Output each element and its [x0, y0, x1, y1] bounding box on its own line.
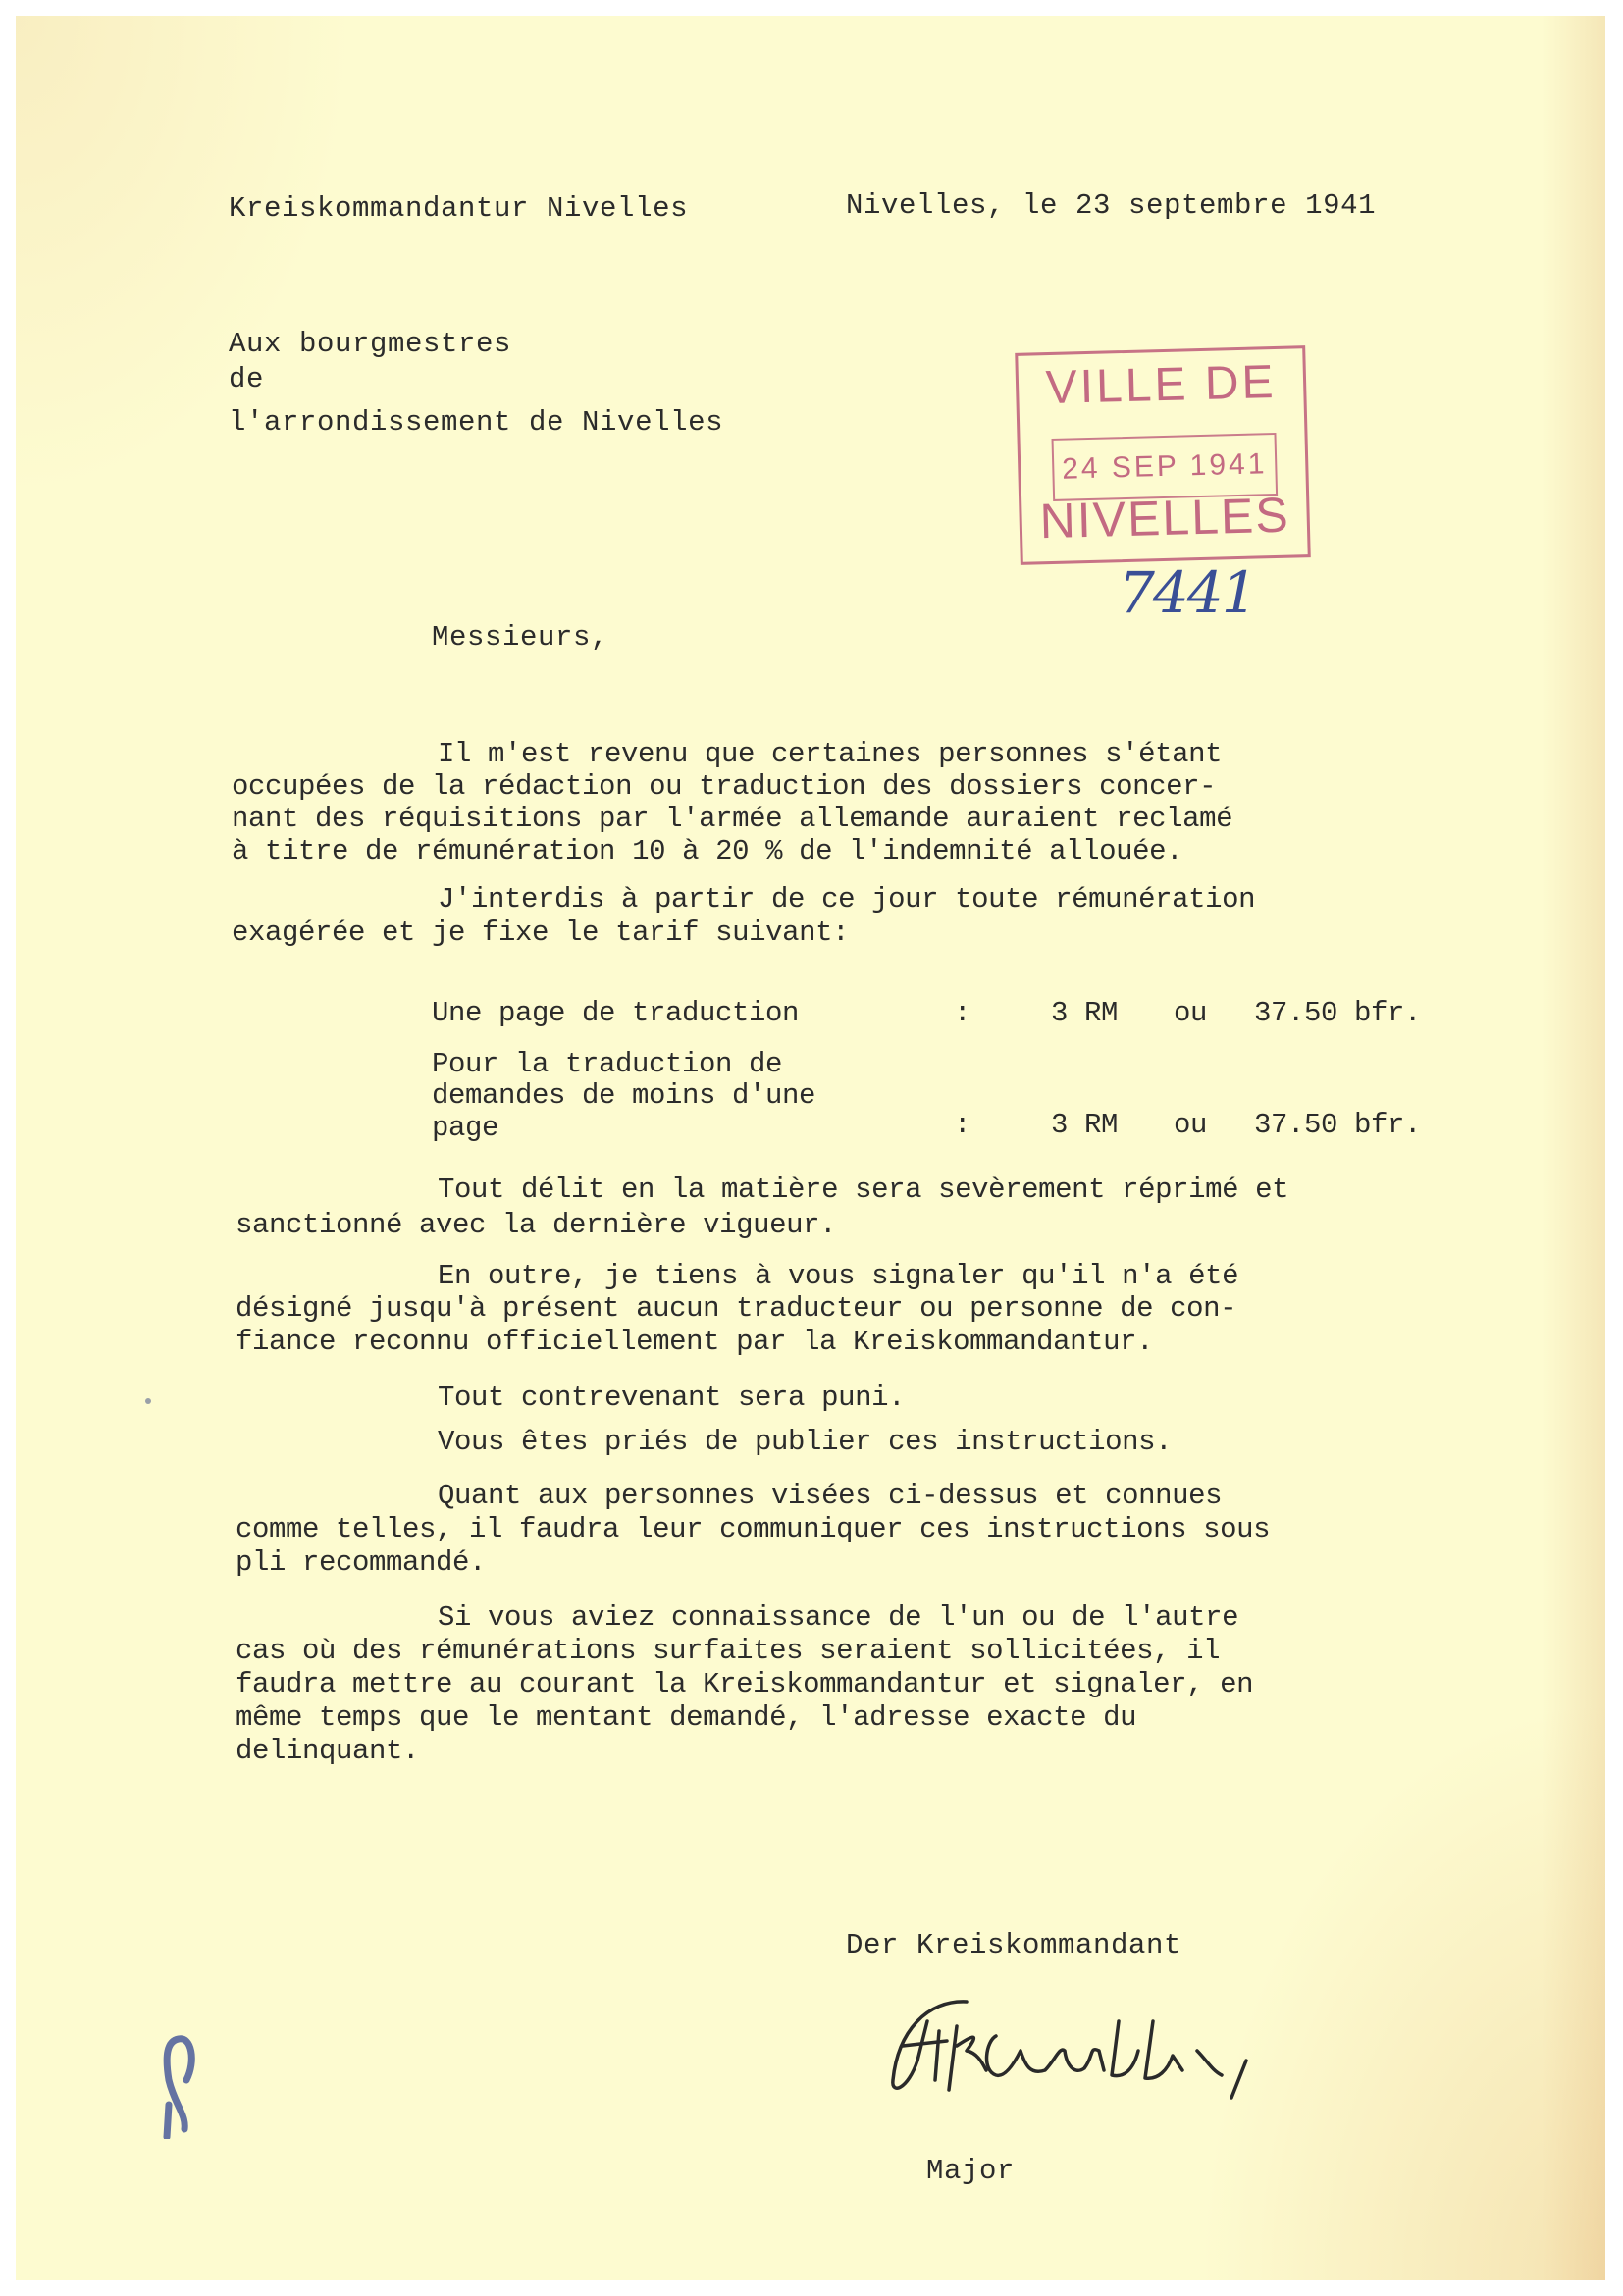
tariff-colon: :: [954, 997, 970, 1030]
text-line: exagérée et je fixe le tarif suivant:: [232, 916, 849, 950]
tariff-or: ou: [1174, 997, 1207, 1030]
text-line: Il m'est revenu que certaines personnes …: [438, 738, 1222, 771]
closing-title: Der Kreiskommandant: [846, 1929, 1181, 1962]
text-line: fiance reconnu officiellement par la Kre…: [236, 1326, 1153, 1359]
place-date-line: Nivelles, le 23 septembre 1941: [846, 189, 1376, 223]
recipient-line-3: l'arrondissement de Nivelles: [229, 406, 723, 440]
text-line: sanctionné avec la dernière vigueur.: [236, 1209, 836, 1242]
received-stamp: VILLE DE 24 SEP 1941 NIVELLES: [1015, 345, 1311, 565]
handwritten-reference-number: 7441: [1119, 559, 1256, 626]
sender-line: Kreiskommandantur Nivelles: [229, 192, 688, 226]
tariff-rm: 3 RM: [1051, 997, 1118, 1030]
text-line: nant des réquisitions par l'armée allema…: [232, 803, 1232, 836]
text-line: faudra mettre au courant la Kreiskommand…: [236, 1668, 1253, 1701]
recipient-line-2: de: [229, 363, 264, 396]
salutation: Messieurs,: [432, 621, 608, 654]
text-line: Quant aux personnes visées ci-dessus et …: [438, 1480, 1222, 1513]
text-line: cas où des rémunérations surfaites serai…: [236, 1635, 1220, 1668]
recipient-line-1: Aux bourgmestres: [229, 328, 511, 361]
paragraph-6: Vous êtes priés de publier ces instructi…: [438, 1426, 1172, 1459]
text-line: à titre de rémunération 10 à 20 % de l'i…: [232, 835, 1182, 868]
tariff-bfr: 37.50 bfr.: [1254, 1109, 1421, 1142]
paragraph-5: Tout contrevenant sera puni.: [438, 1382, 905, 1415]
text-line: Tout délit en la matière sera sevèrement…: [438, 1174, 1288, 1207]
text-line: delinquant.: [236, 1735, 419, 1768]
text-line: pli recommandé.: [236, 1546, 486, 1580]
tariff-rm: 3 RM: [1051, 1109, 1118, 1142]
stamp-top-text: VILLE DE: [1037, 355, 1283, 416]
margin-pencil-mark-icon: [157, 2021, 206, 2139]
tariff-label: demandes de moins d'une: [432, 1079, 815, 1113]
stamp-bottom-text: NIVELLES: [1029, 486, 1300, 549]
signature-icon: [888, 1992, 1271, 2100]
tariff-colon: :: [954, 1109, 970, 1142]
text-line: désigné jusqu'à présent aucun traducteur…: [236, 1292, 1236, 1326]
tariff-label: Pour la traduction de: [432, 1048, 782, 1081]
text-line: même temps que le mentant demandé, l'adr…: [236, 1701, 1136, 1735]
tariff-label: Une page de traduction: [432, 997, 799, 1030]
tariff-bfr: 37.50 bfr.: [1254, 997, 1421, 1030]
text-line: En outre, je tiens à vous signaler qu'il…: [438, 1260, 1238, 1293]
tariff-or: ou: [1174, 1109, 1207, 1142]
tariff-label: page: [432, 1112, 498, 1145]
text-line: occupées de la rédaction ou traduction d…: [232, 770, 1216, 804]
paper-smudge: [145, 1398, 151, 1404]
closing-rank: Major: [926, 2155, 1015, 2188]
text-line: J'interdis à partir de ce jour toute rém…: [438, 883, 1255, 916]
text-line: comme telles, il faudra leur communiquer…: [236, 1513, 1270, 1546]
text-line: Si vous aviez connaissance de l'un ou de…: [438, 1601, 1238, 1635]
